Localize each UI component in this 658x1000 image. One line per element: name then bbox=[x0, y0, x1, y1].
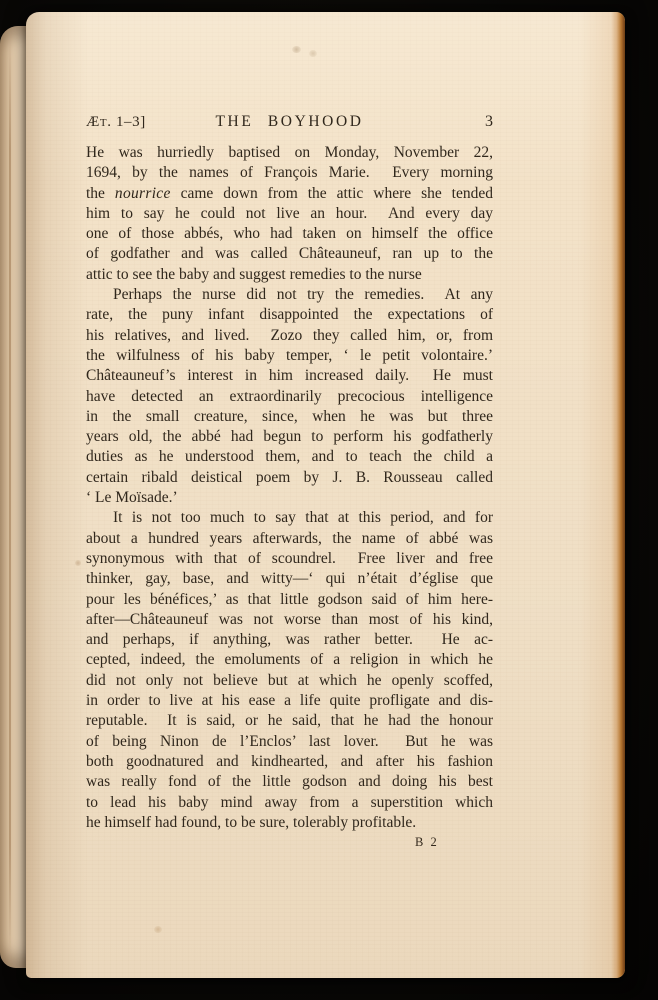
text-line: reputable. It is said, or he said, that … bbox=[86, 711, 493, 731]
text-line: duties as he understood them, and to tea… bbox=[86, 447, 493, 467]
text-line: ‘ Le Moïsade.’ bbox=[86, 488, 493, 508]
header-age-range: Æt. 1–3] bbox=[86, 114, 215, 131]
photo-background: Æt. 1–3] THE BOYHOOD 3 He was hurriedly … bbox=[0, 0, 658, 1000]
paper-stain bbox=[309, 50, 317, 57]
text-line: the nourrice came down from the attic wh… bbox=[86, 184, 493, 204]
text-line: He was hurriedly baptised on Monday, Nov… bbox=[86, 143, 493, 163]
text-line: rate, the puny infant disappointed the e… bbox=[86, 305, 493, 325]
page-stack-crease bbox=[9, 38, 11, 956]
text-line: Châteauneuf’s interest in him increased … bbox=[86, 366, 493, 386]
header-page-number: 3 bbox=[364, 113, 493, 131]
text-line: and perhaps, if anything, was rather bet… bbox=[86, 630, 493, 650]
text-line: years old, the abbé had begun to perform… bbox=[86, 427, 493, 447]
page-text-block: Æt. 1–3] THE BOYHOOD 3 He was hurriedly … bbox=[86, 113, 493, 850]
text-line: 1694, by the names of François Marie. Ev… bbox=[86, 163, 493, 183]
text-line: both goodnatured and kindhearted, and af… bbox=[86, 752, 493, 772]
text-line: certain ribald deistical poem by J. B. R… bbox=[86, 468, 493, 488]
running-header: Æt. 1–3] THE BOYHOOD 3 bbox=[86, 113, 493, 131]
page-fore-edge bbox=[611, 12, 625, 978]
text-line: Perhaps the nurse did not try the remedi… bbox=[86, 285, 493, 305]
text-line: pour les bénéfices,’ as that little gods… bbox=[86, 590, 493, 610]
text-line: to lead his baby mind away from a supers… bbox=[86, 793, 493, 813]
book-page: Æt. 1–3] THE BOYHOOD 3 He was hurriedly … bbox=[26, 12, 625, 978]
text-line: thinker, gay, base, and witty—‘ qui n’ét… bbox=[86, 569, 493, 589]
text-line: attic to see the baby and suggest remedi… bbox=[86, 265, 493, 285]
text-line: did not only not believe but at which he… bbox=[86, 671, 493, 691]
text-line: of godfather and was called Châteauneuf,… bbox=[86, 244, 493, 264]
text-line: of being Ninon de l’Enclos’ last lover. … bbox=[86, 732, 493, 752]
text-line: It is not too much to say that at this p… bbox=[86, 508, 493, 528]
text-line: have detected an extraordinarily precoci… bbox=[86, 387, 493, 407]
paper-stain bbox=[154, 926, 162, 933]
printers-signature: B 2 bbox=[86, 835, 493, 850]
body-text: He was hurriedly baptised on Monday, Nov… bbox=[86, 143, 493, 833]
text-line: in the small creature, since, when he wa… bbox=[86, 407, 493, 427]
text-line: him to say he could not live an hour. An… bbox=[86, 204, 493, 224]
text-line: in order to live at his ease a life quit… bbox=[86, 691, 493, 711]
text-line: he himself had found, to be sure, tolera… bbox=[86, 813, 493, 833]
text-line: synonymous with that of scoundrel. Free … bbox=[86, 549, 493, 569]
text-line: his relatives, and lived. Zozo they call… bbox=[86, 326, 493, 346]
paper-stain bbox=[75, 560, 81, 566]
text-line: cepted, indeed, the emoluments of a reli… bbox=[86, 650, 493, 670]
paper-stain bbox=[292, 46, 301, 53]
text-line: the wilfulness of his baby temper, ‘ le … bbox=[86, 346, 493, 366]
text-line: was really fond of the little godson and… bbox=[86, 772, 493, 792]
text-line: one of those abbés, who had taken on him… bbox=[86, 224, 493, 244]
header-chapter-title: THE BOYHOOD bbox=[215, 113, 363, 131]
text-line: about a hundred years afterwards, the na… bbox=[86, 529, 493, 549]
text-line: after—Châteauneuf was not worse than mos… bbox=[86, 610, 493, 630]
